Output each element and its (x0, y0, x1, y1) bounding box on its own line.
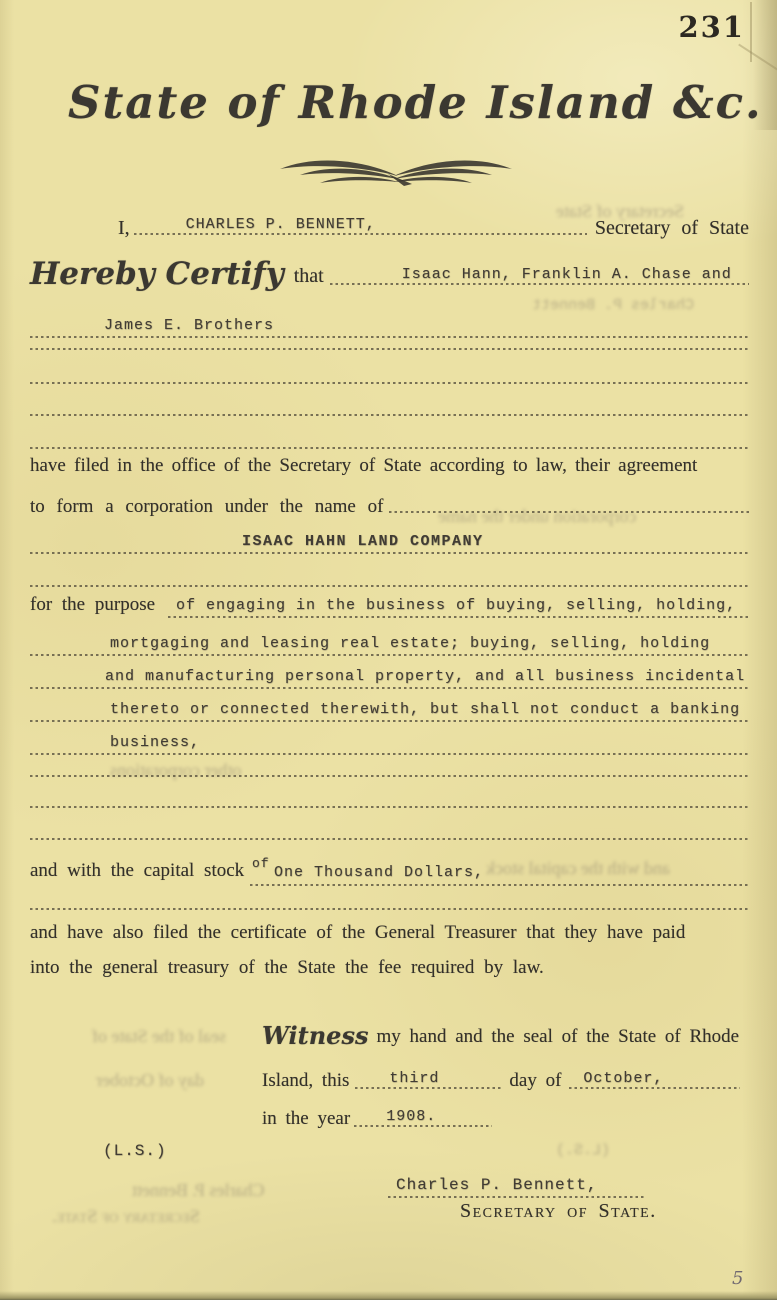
seal-abbreviation: (L.S.) (103, 1142, 167, 1160)
page-edge-shadow-bottom (0, 1291, 777, 1300)
dotted-rule (30, 447, 749, 449)
bleed-through-text: day of October (96, 1070, 204, 1091)
purpose-line-4: thereto or connected therewith, but shal… (30, 696, 749, 722)
agreement-line-1: have filed in the office of the Secretar… (30, 455, 749, 477)
dotted-rule (30, 336, 749, 338)
dotted-rule: CHARLES P. BENNETT, (134, 233, 587, 235)
witness-line-1: Witness my hand and the seal of the Stat… (262, 1020, 739, 1050)
purpose-line-2: mortgaging and leasing real estate; buyi… (30, 630, 749, 656)
intro-pre: I, (118, 217, 130, 240)
typed-year: 1908. (386, 1108, 436, 1125)
page-number: 231 (678, 10, 745, 44)
typed-company-name: ISAAC HAHN LAND COMPANY (242, 533, 484, 550)
incorporators-line-2: James E. Brothers (30, 302, 749, 338)
dotted-rule (30, 382, 749, 384)
typed-purpose-2: mortgaging and leasing real estate; buyi… (110, 635, 710, 652)
typed-day: third (389, 1070, 439, 1087)
dotted-rule (388, 1196, 646, 1198)
dotted-rule (30, 838, 749, 840)
dotted-rule (168, 616, 749, 618)
intro-post: Secretary of State (595, 217, 749, 240)
dotted-rule (389, 511, 749, 513)
dotted-rule (30, 585, 749, 587)
certify-ornate: Hereby Certify (30, 256, 284, 292)
bleed-through-text: (L.S.) (556, 1142, 610, 1159)
typed-month: October, (583, 1070, 663, 1087)
dotted-rule (30, 348, 749, 350)
dotted-rule (30, 753, 749, 755)
certify-that: that (294, 265, 324, 288)
dotted-rule: Isaac Hann, Franklin A. Chase and (330, 283, 749, 285)
witness-year-label: in the year (262, 1108, 350, 1130)
capital-pre: and with the capital stock (30, 860, 244, 882)
dotted-rule (30, 687, 749, 689)
witness-ornate: Witness (262, 1021, 368, 1050)
typed-secretary-name: CHARLES P. BENNETT, (186, 216, 376, 233)
document-title: State of Rhode Island &c. (68, 76, 668, 129)
dotted-rule (30, 806, 749, 808)
bleed-through-text: other corporations (110, 760, 241, 781)
typed-incorporators-2: James E. Brothers (104, 317, 274, 334)
witness-this: Island, this (262, 1070, 349, 1092)
fee-line-1: and have also filed the certificate of t… (30, 922, 749, 944)
dotted-rule (30, 552, 749, 554)
witness-line-2: Island, this third day of October, (262, 1064, 740, 1094)
certify-line: Hereby Certify that Isaac Hann, Franklin… (30, 248, 749, 292)
dotted-rule: third (355, 1087, 503, 1089)
typed-purpose-3: and manufacturing personal property, and… (105, 668, 745, 685)
purpose-label: for the purpose (30, 594, 155, 616)
typed-purpose-5: business, (110, 734, 200, 751)
purpose-line-1: for the purpose of engaging in the busin… (30, 592, 749, 618)
dotted-rule (30, 775, 749, 777)
typed-purpose-4: thereto or connected therewith, but shal… (110, 701, 740, 718)
typed-incorporators-1: Isaac Hann, Franklin A. Chase and (402, 266, 732, 283)
corner-mark: 5 (732, 1268, 743, 1289)
typed-capital-of: of (252, 856, 270, 871)
company-line: ISAAC HAHN LAND COMPANY (30, 526, 749, 554)
witness-line-3: in the year 1908. (262, 1102, 492, 1132)
dotted-rule (30, 720, 749, 722)
dotted-rule: 1908. (354, 1125, 492, 1127)
purpose-line-3: and manufacturing personal property, and… (30, 663, 749, 689)
capital-line: and with the capital stock of One Thousa… (30, 852, 749, 886)
flourish-icon (276, 154, 516, 194)
signature-title: Secretary of State. (460, 1200, 657, 1223)
agreement-line-2-text: to form a corporation under the name of (30, 496, 383, 518)
typed-purpose-1: of engaging in the business of buying, s… (176, 597, 736, 614)
typed-signature-name: Charles P. Bennett, (396, 1176, 597, 1194)
witness-day-of: day of (509, 1070, 561, 1092)
fee-line-2: into the general treasury of the State t… (30, 957, 749, 979)
purpose-line-5: business, (30, 729, 749, 755)
intro-line: I, CHARLES P. BENNETT, Secretary of Stat… (30, 210, 749, 240)
bleed-through-text: seal of the State of (92, 1026, 226, 1047)
dotted-rule: October, (569, 1087, 740, 1089)
scanned-document-page: Secretary of State Charles P. Bennett co… (0, 0, 777, 1300)
bleed-through-text: Secretary of State. (52, 1206, 200, 1227)
dotted-rule (30, 654, 749, 656)
dotted-rule (30, 414, 749, 416)
dotted-rule (250, 884, 749, 886)
agreement-line-2: to form a corporation under the name of (30, 492, 749, 518)
witness-line-1-rest: my hand and the seal of the State of Rho… (376, 1026, 739, 1048)
dotted-rule (30, 908, 749, 910)
typed-capital-amount: One Thousand Dollars, (274, 864, 484, 881)
signature-line: Charles P. Bennett, (30, 1170, 749, 1198)
